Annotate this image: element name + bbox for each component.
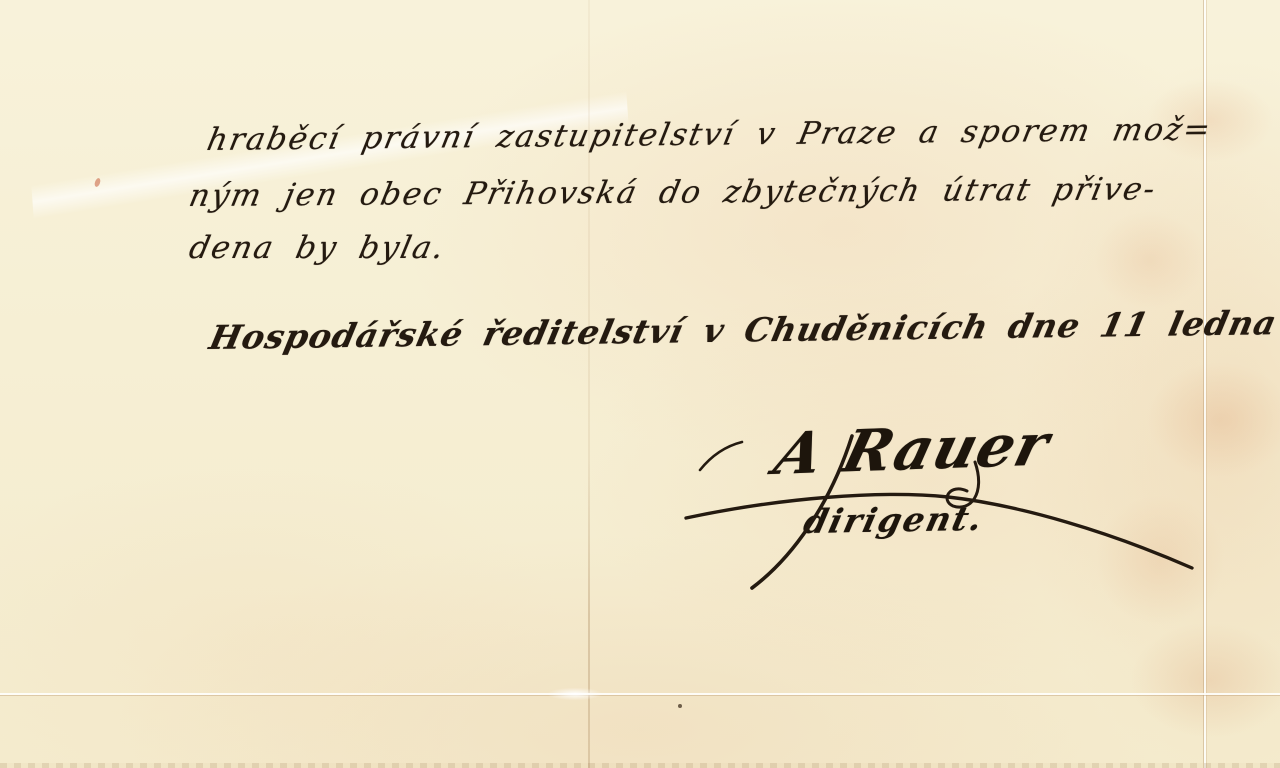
handwritten-line: ným jen obec Přihovská do zbytečných útr…: [186, 171, 1160, 214]
paper-fold-horizontal: [0, 693, 1280, 697]
dark-speck: [678, 704, 682, 708]
signature-title: dirigent.: [800, 499, 988, 541]
handwritten-line: dena by byla.: [186, 230, 449, 266]
scanned-letter-page: hraběcí právní zastupitelství v Praze a …: [0, 0, 1280, 768]
signature-name: A Rauer: [768, 411, 1057, 488]
scan-bottom-edge: [0, 763, 1280, 768]
paper-fold-vertical-middle: [588, 0, 590, 768]
paper-fold-notch: [540, 686, 610, 702]
